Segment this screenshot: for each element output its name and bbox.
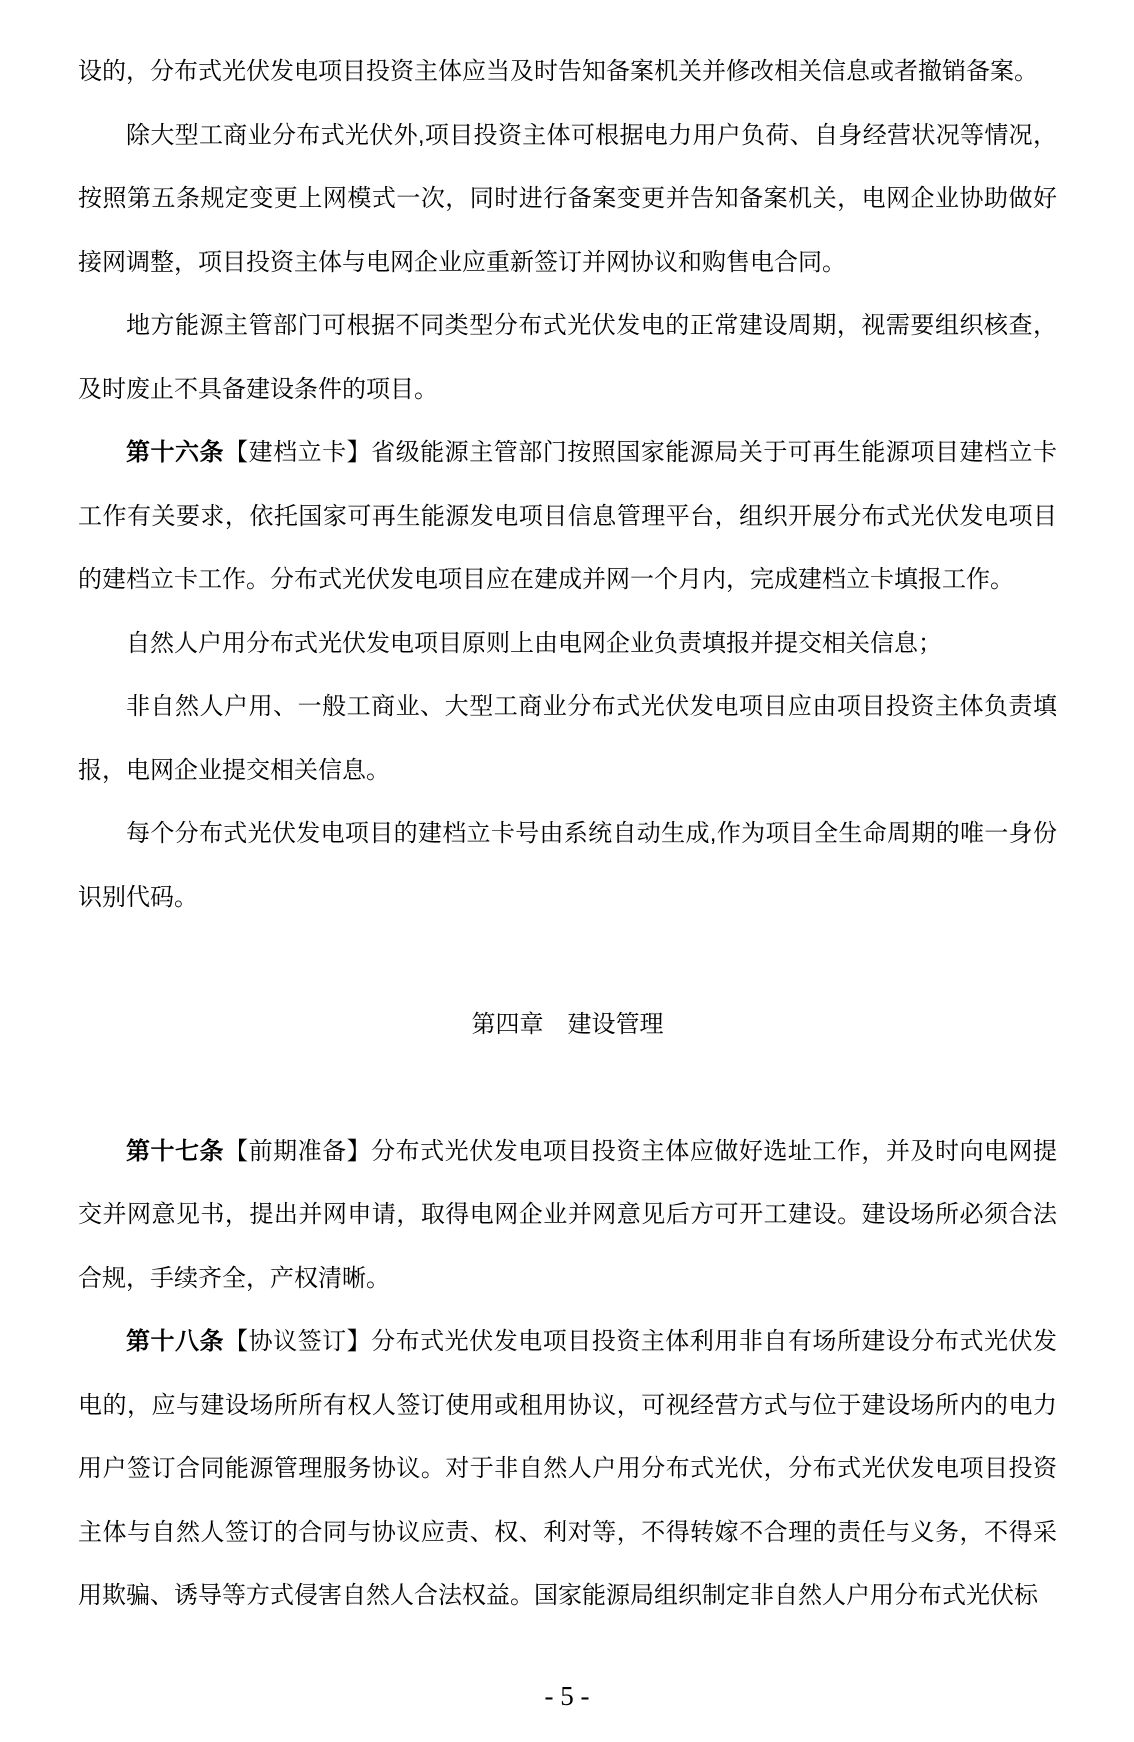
paragraph: 每个分布式光伏发电项目的建档立卡号由系统自动生成,作为项目全生命周期的唯一身份识… [78,802,1057,929]
article-number: 第十八条 [126,1328,224,1355]
paragraph: 地方能源主管部门可根据不同类型分布式光伏发电的正常建设周期，视需要组织核查，及时… [78,294,1057,421]
chapter-heading: 第四章 建设管理 [78,993,1057,1057]
document-page: 设的，分布式光伏发电项目投资主体应当及时告知备案机关并修改相关信息或者撤销备案。… [0,0,1134,1742]
page-footer: - 5 - [0,1678,1134,1714]
page-number: - 5 - [545,1681,590,1711]
paragraph: 非自然人户用、一般工商业、大型工商业分布式光伏发电项目应由项目投资主体负责填报，… [78,675,1057,802]
paragraph: 自然人户用分布式光伏发电项目原则上由电网企业负责填报并提交相关信息； [78,612,1057,676]
document-body: 设的，分布式光伏发电项目投资主体应当及时告知备案机关并修改相关信息或者撤销备案。… [78,40,1057,1628]
paragraph: 第十七条【前期准备】分布式光伏发电项目投资主体应做好选址工作，并及时向电网提交并… [78,1120,1057,1311]
article-number: 第十六条 [126,439,224,466]
paragraph: 设的，分布式光伏发电项目投资主体应当及时告知备案机关并修改相关信息或者撤销备案。 [78,40,1057,104]
paragraph: 第十八条【协议签订】分布式光伏发电项目投资主体利用非自有场所建设分布式光伏发电的… [78,1310,1057,1628]
paragraph: 除大型工商业分布式光伏外,项目投资主体可根据电力用户负荷、自身经营状况等情况，按… [78,104,1057,295]
article-number: 第十七条 [126,1138,224,1165]
paragraph: 第十六条【建档立卡】省级能源主管部门按照国家能源局关于可再生能源项目建档立卡工作… [78,421,1057,612]
